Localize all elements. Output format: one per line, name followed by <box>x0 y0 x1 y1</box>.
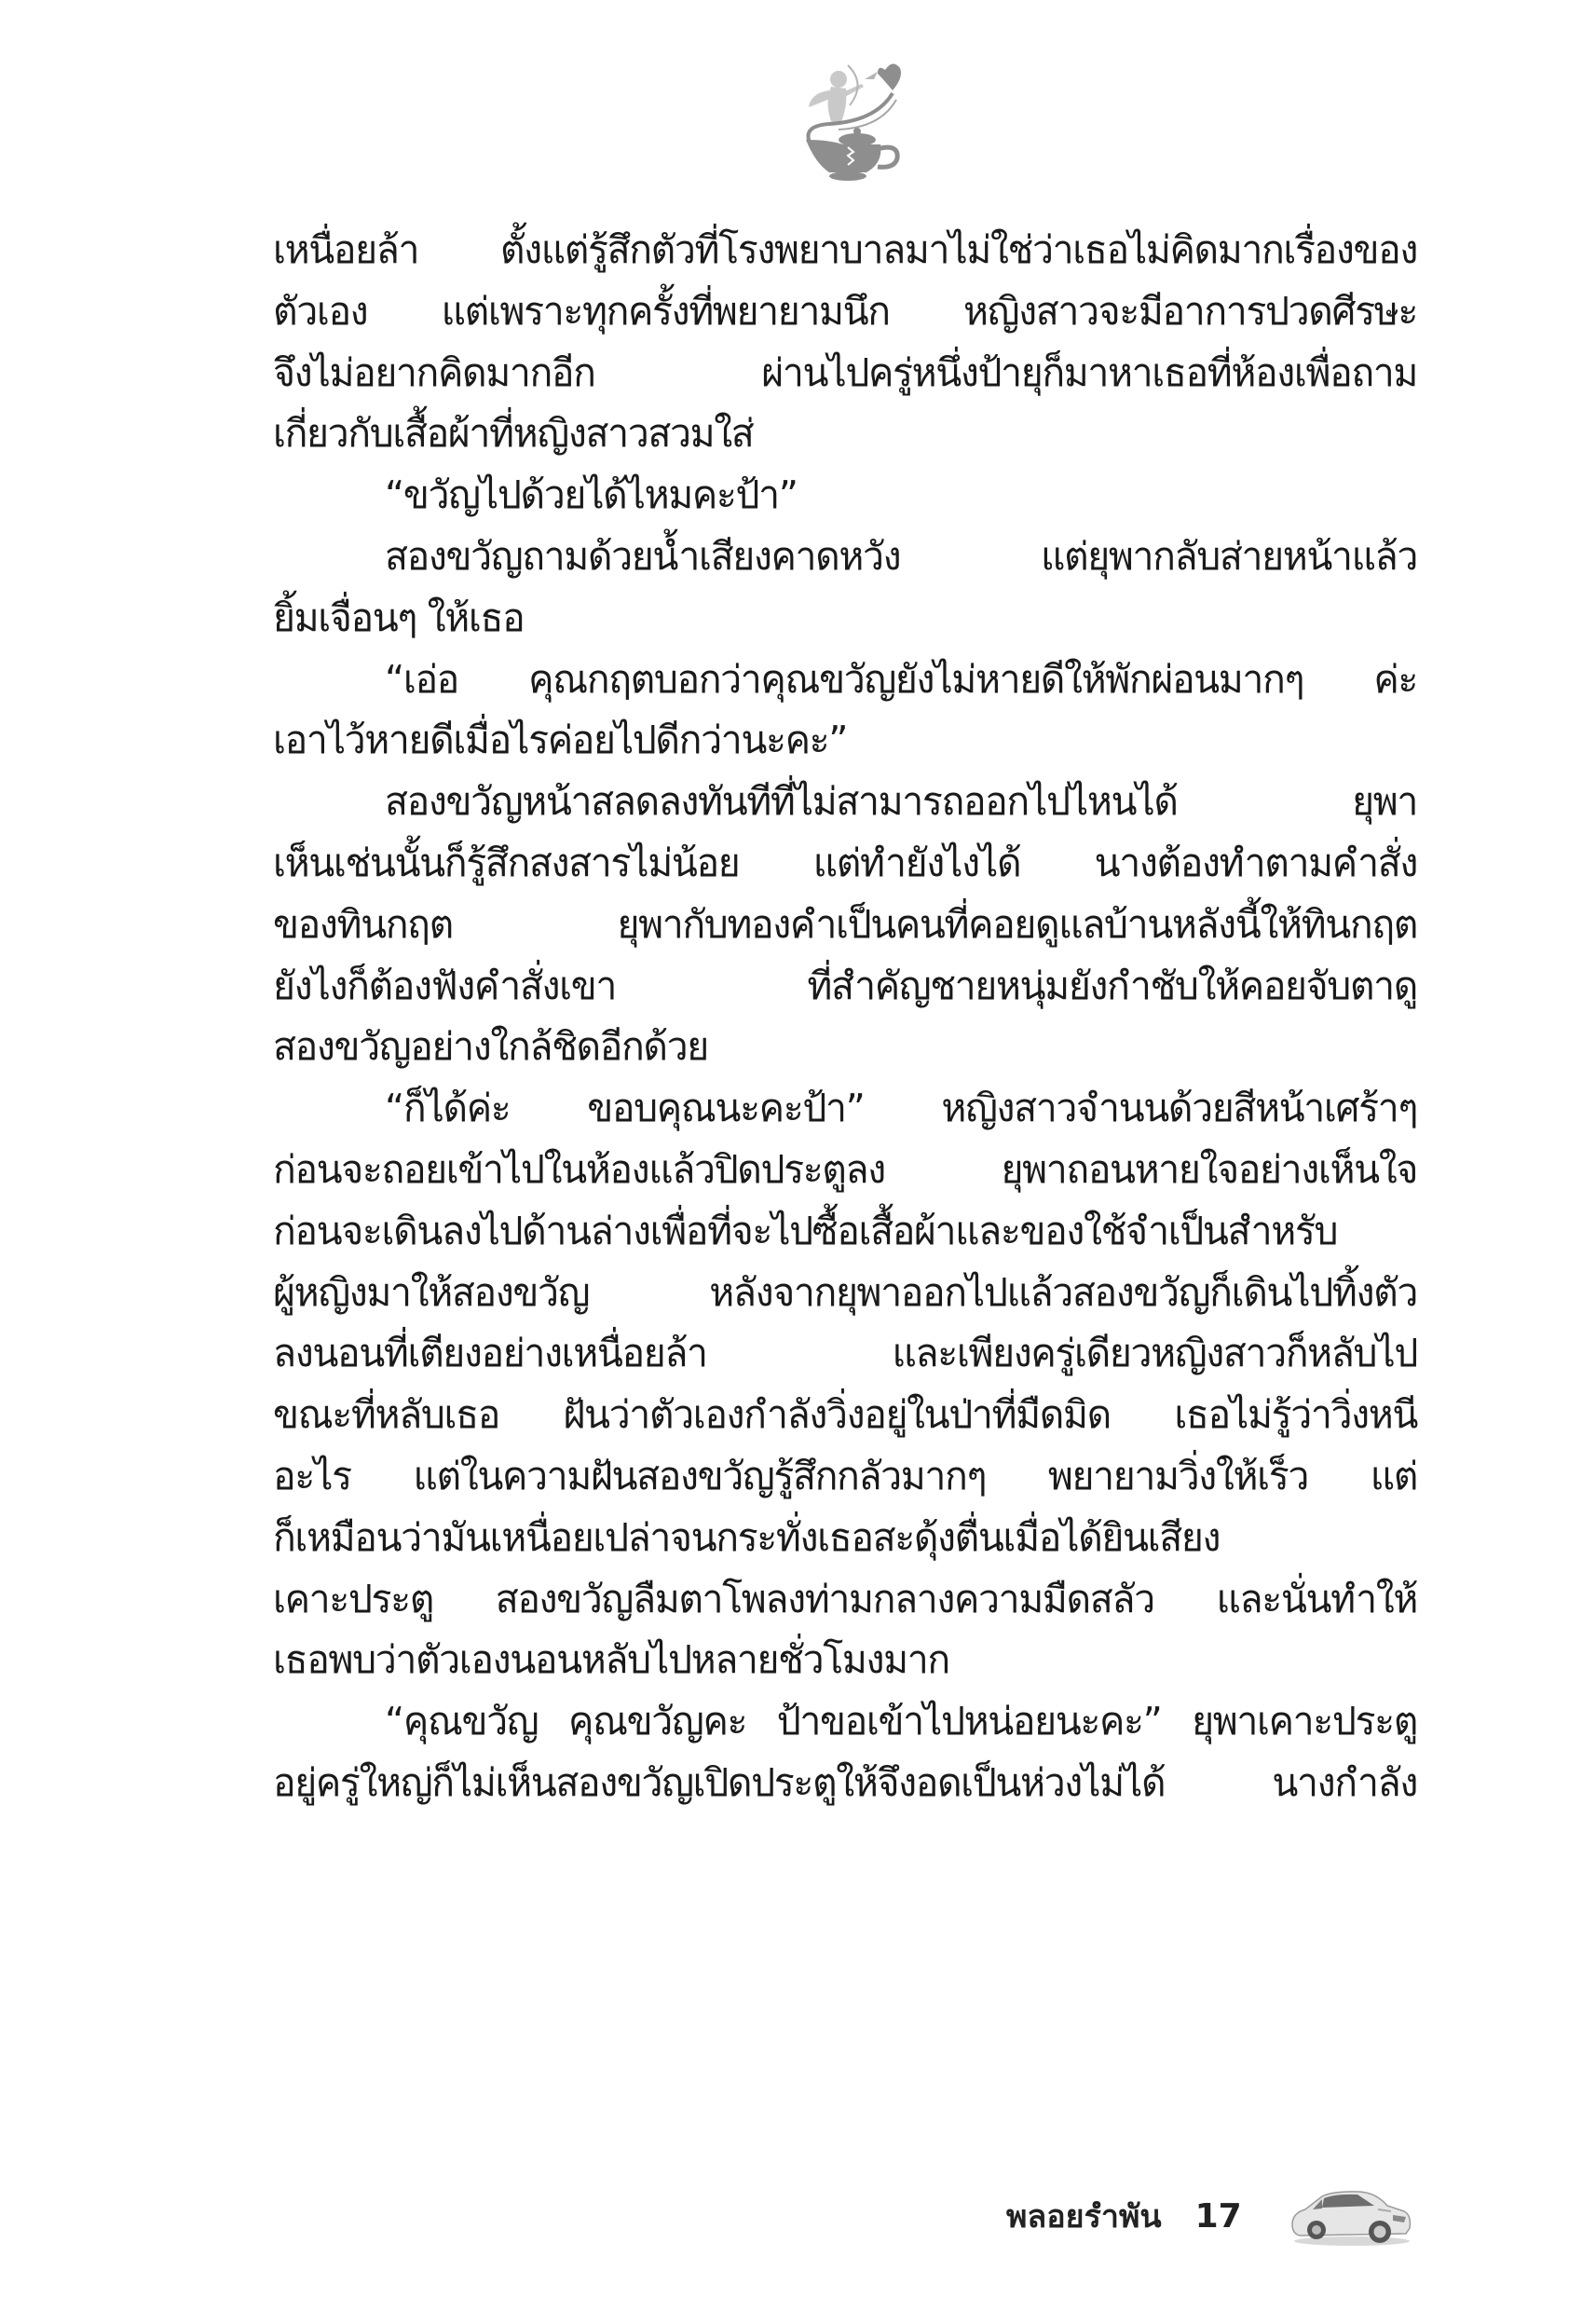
text-line: ยิ้มเจื่อนๆ ให้เธอ <box>273 588 1417 650</box>
dialogue-line: “ก็ได้ค่ะ ขอบคุณนะคะป้า” หญิงสาวจำนนด้วย… <box>273 1078 1417 1140</box>
text-line: ขณะที่หลับเธอ ฝันว่าตัวเองกำลังวิ่งอยู่ใ… <box>273 1385 1417 1446</box>
text-line: อยู่ครู่ใหญ่ก็ไม่เห็นสองขวัญเปิดประตูให้… <box>273 1753 1417 1814</box>
text-line: เกี่ยวกับเสื้อผ้าที่หญิงสาวสวมใส่ <box>273 403 1417 465</box>
text-line: ของทินกฤต ยุพากับทองคำเป็นคนที่คอยดูแลบ้… <box>273 895 1417 956</box>
text-line: เอาไว้หายดีเมื่อไรค่อยไปดีกว่านะคะ” <box>273 710 1417 772</box>
dialogue-line: “เอ่อ คุณกฤตบอกว่าคุณขวัญยังไม่หายดีให้พ… <box>273 650 1417 711</box>
text-line: อะไร แต่ในความฝันสองขวัญรู้สึกกลัวมากๆ พ… <box>273 1446 1417 1508</box>
dialogue-line: “คุณขวัญ คุณขวัญคะ ป้าขอเข้าไปหน่อยนะคะ”… <box>273 1691 1417 1753</box>
text-line: เหนื่อยล้า ตั้งแต่รู้สึกตัวที่โรงพยาบาลม… <box>273 220 1417 281</box>
paragraph-start-line: สองขวัญหน้าสลดลงทันทีที่ไม่สามารถออกไปไห… <box>273 772 1417 833</box>
book-page: เหนื่อยล้า ตั้งแต่รู้สึกตัวที่โรงพยาบาลม… <box>0 0 1596 2311</box>
genie-lamp-logo-icon <box>773 51 913 182</box>
text-line: ก่อนจะเดินลงไปด้านล่างเพื่อที่จะไปซื้อเส… <box>273 1201 1417 1263</box>
text-line: ตัวเอง แต่เพราะทุกครั้งที่พยายามนึก หญิง… <box>273 281 1417 343</box>
text-line: ลงนอนที่เตียงอย่างเหนื่อยล้า และเพียงครู… <box>273 1323 1417 1385</box>
text-line: เห็นเช่นนั้นก็รู้สึกสงสารไม่น้อย แต่ทำยั… <box>273 833 1417 895</box>
text-line: จึงไม่อยากคิดมากอีก ผ่านไปครู่หนึ่งป้ายุ… <box>273 343 1417 404</box>
text-line: สองขวัญอย่างใกล้ชิดอีกด้วย <box>273 1017 1417 1078</box>
text-line: เธอพบว่าตัวเองนอนหลับไปหลายชั่วโมงมาก <box>273 1630 1417 1691</box>
story-text: เหนื่อยล้า ตั้งแต่รู้สึกตัวที่โรงพยาบาลม… <box>273 220 1417 1814</box>
dialogue-line: “ขวัญไปด้วยได้ไหมคะป้า” <box>273 465 1417 526</box>
book-title: พลอยรำพัน <box>1006 2191 1162 2241</box>
page-footer: พลอยรำพัน 17 <box>1006 2188 1415 2244</box>
text-line: ผู้หญิงมาให้สองขวัญ หลังจากยุพาออกไปแล้ว… <box>273 1263 1417 1324</box>
page-number: 17 <box>1195 2197 1242 2236</box>
text-line: ยังไงก็ต้องฟังคำสั่งเขา ที่สำคัญชายหนุ่ม… <box>273 956 1417 1018</box>
text-line: เคาะประตู สองขวัญลืมตาโพลงท่ามกลางความมื… <box>273 1569 1417 1631</box>
text-line: ก็เหมือนว่ามันเหนื่อยเปล่าจนกระทั่งเธอสะ… <box>273 1508 1417 1569</box>
paragraph-start-line: สองขวัญถามด้วยน้ำเสียงคาดหวัง แต่ยุพากลั… <box>273 526 1417 588</box>
text-line: ก่อนจะถอยเข้าไปในห้องแล้วปิดประตูลง ยุพา… <box>273 1140 1417 1201</box>
car-icon <box>1285 2183 1415 2249</box>
